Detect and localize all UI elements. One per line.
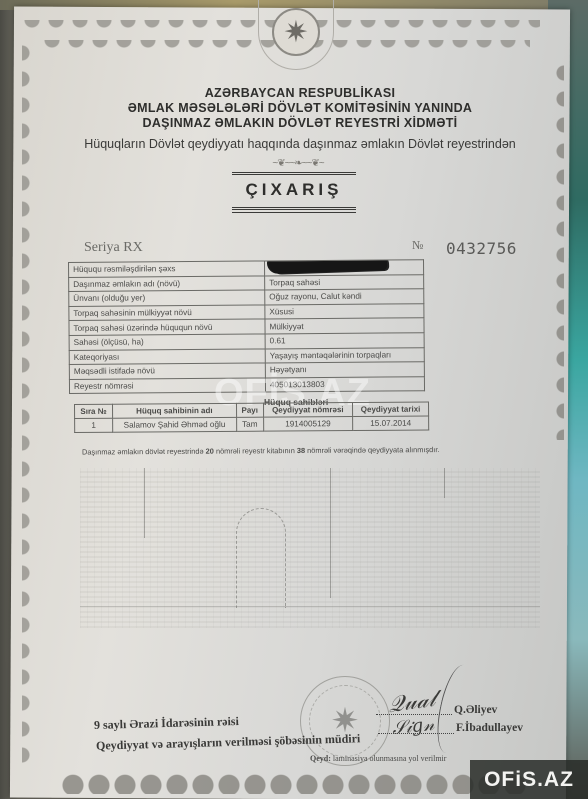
coat-of-arms-star-icon: ✷	[272, 8, 320, 56]
document-subtitle: Hüquqların Dövlət qeydiyyatı haqqında da…	[50, 137, 550, 151]
redaction-mark	[269, 260, 387, 274]
info-label: Torpaq sahəsinin mülkiyyət növü	[69, 305, 265, 321]
owner-reg-number: 1914005129	[263, 417, 353, 432]
number-sign: №	[412, 238, 423, 253]
left-border-ornament	[22, 40, 38, 770]
owner-reg-date: 15.07.2014	[353, 416, 429, 431]
official1-name: Q.Əliyev	[454, 704, 497, 716]
header-service: DAŞINMAZ ƏMLAKIN DÖVLƏT REYESTRİ XİDMƏTİ	[60, 116, 540, 130]
owners-column-header: Payı	[236, 403, 263, 417]
info-value: 0.61	[265, 333, 424, 349]
owners-table: Sıra №Hüquq sahibinin adıPayıQeydiyyat n…	[74, 402, 429, 433]
flourish-ornament-icon: ~❦~~❧~~❦~	[238, 158, 358, 168]
info-label: Torpaq sahəsi üzərində hüququn növü	[69, 319, 265, 335]
owners-column-header: Qeydiyyat nömrəsi	[263, 403, 353, 418]
info-label: Hüququ rəsmiləşdirilən şəxs	[69, 261, 265, 277]
owner-row: 1Salamov Şahid Əhməd oğluTam191400512915…	[75, 416, 429, 432]
owners-column-header: Sıra №	[75, 404, 113, 418]
header-committee: ƏMLAK MƏSƏLƏLƏRİ DÖVLƏT KOMİTƏSİNİN YANI…	[60, 101, 540, 115]
cadastral-plan-image	[80, 468, 540, 628]
info-label: Sahəsi (ölçüsü, ha)	[69, 334, 265, 350]
series-label: Seriya RX	[84, 240, 143, 256]
info-label: Kateqoriyası	[69, 349, 265, 365]
owners-column-header: Qeydiyyat tarixi	[353, 402, 429, 417]
info-value	[264, 260, 423, 276]
handwritten-signature-2: 𝒮𝒾𝑔𝓃	[391, 714, 435, 739]
official-seal-icon: ✷	[300, 676, 390, 766]
owner-share: Tam	[236, 417, 263, 431]
official2-name: F.İbadullayev	[456, 722, 523, 734]
page-number: 38	[297, 446, 305, 455]
info-label: Ünvanı (olduğu yer)	[69, 290, 265, 306]
owner-name: Salamov Şahid Əhməd oğlu	[112, 417, 236, 432]
header-country: AZƏRBAYCAN RESPUBLİKASI	[60, 86, 540, 100]
info-value: Mülkiyyət	[265, 318, 424, 334]
footer-note: Qeyd: laminasiya olunmasına yol verilmir	[310, 754, 446, 763]
info-value: Oğuz rayonu, Calut kəndi	[265, 289, 424, 305]
info-label: Daşınmaz əmlakın adı (növü)	[69, 276, 265, 292]
document-title: ÇIXARIŞ	[232, 172, 356, 210]
book-number: 20	[206, 447, 214, 456]
owner-index: 1	[75, 418, 113, 432]
owners-column-header: Hüquq sahibinin adı	[112, 403, 236, 418]
info-value: Yaşayış məntəqələrinin torpaqları	[265, 347, 424, 363]
bottom-border-ornament	[60, 772, 530, 794]
info-value: Xüsusi	[265, 303, 424, 319]
document-number: 0432756	[446, 239, 517, 258]
brand-watermark: OFiS.AZ	[470, 760, 588, 799]
info-value: Torpaq sahəsi	[265, 274, 424, 290]
right-border-ornament	[548, 60, 564, 440]
